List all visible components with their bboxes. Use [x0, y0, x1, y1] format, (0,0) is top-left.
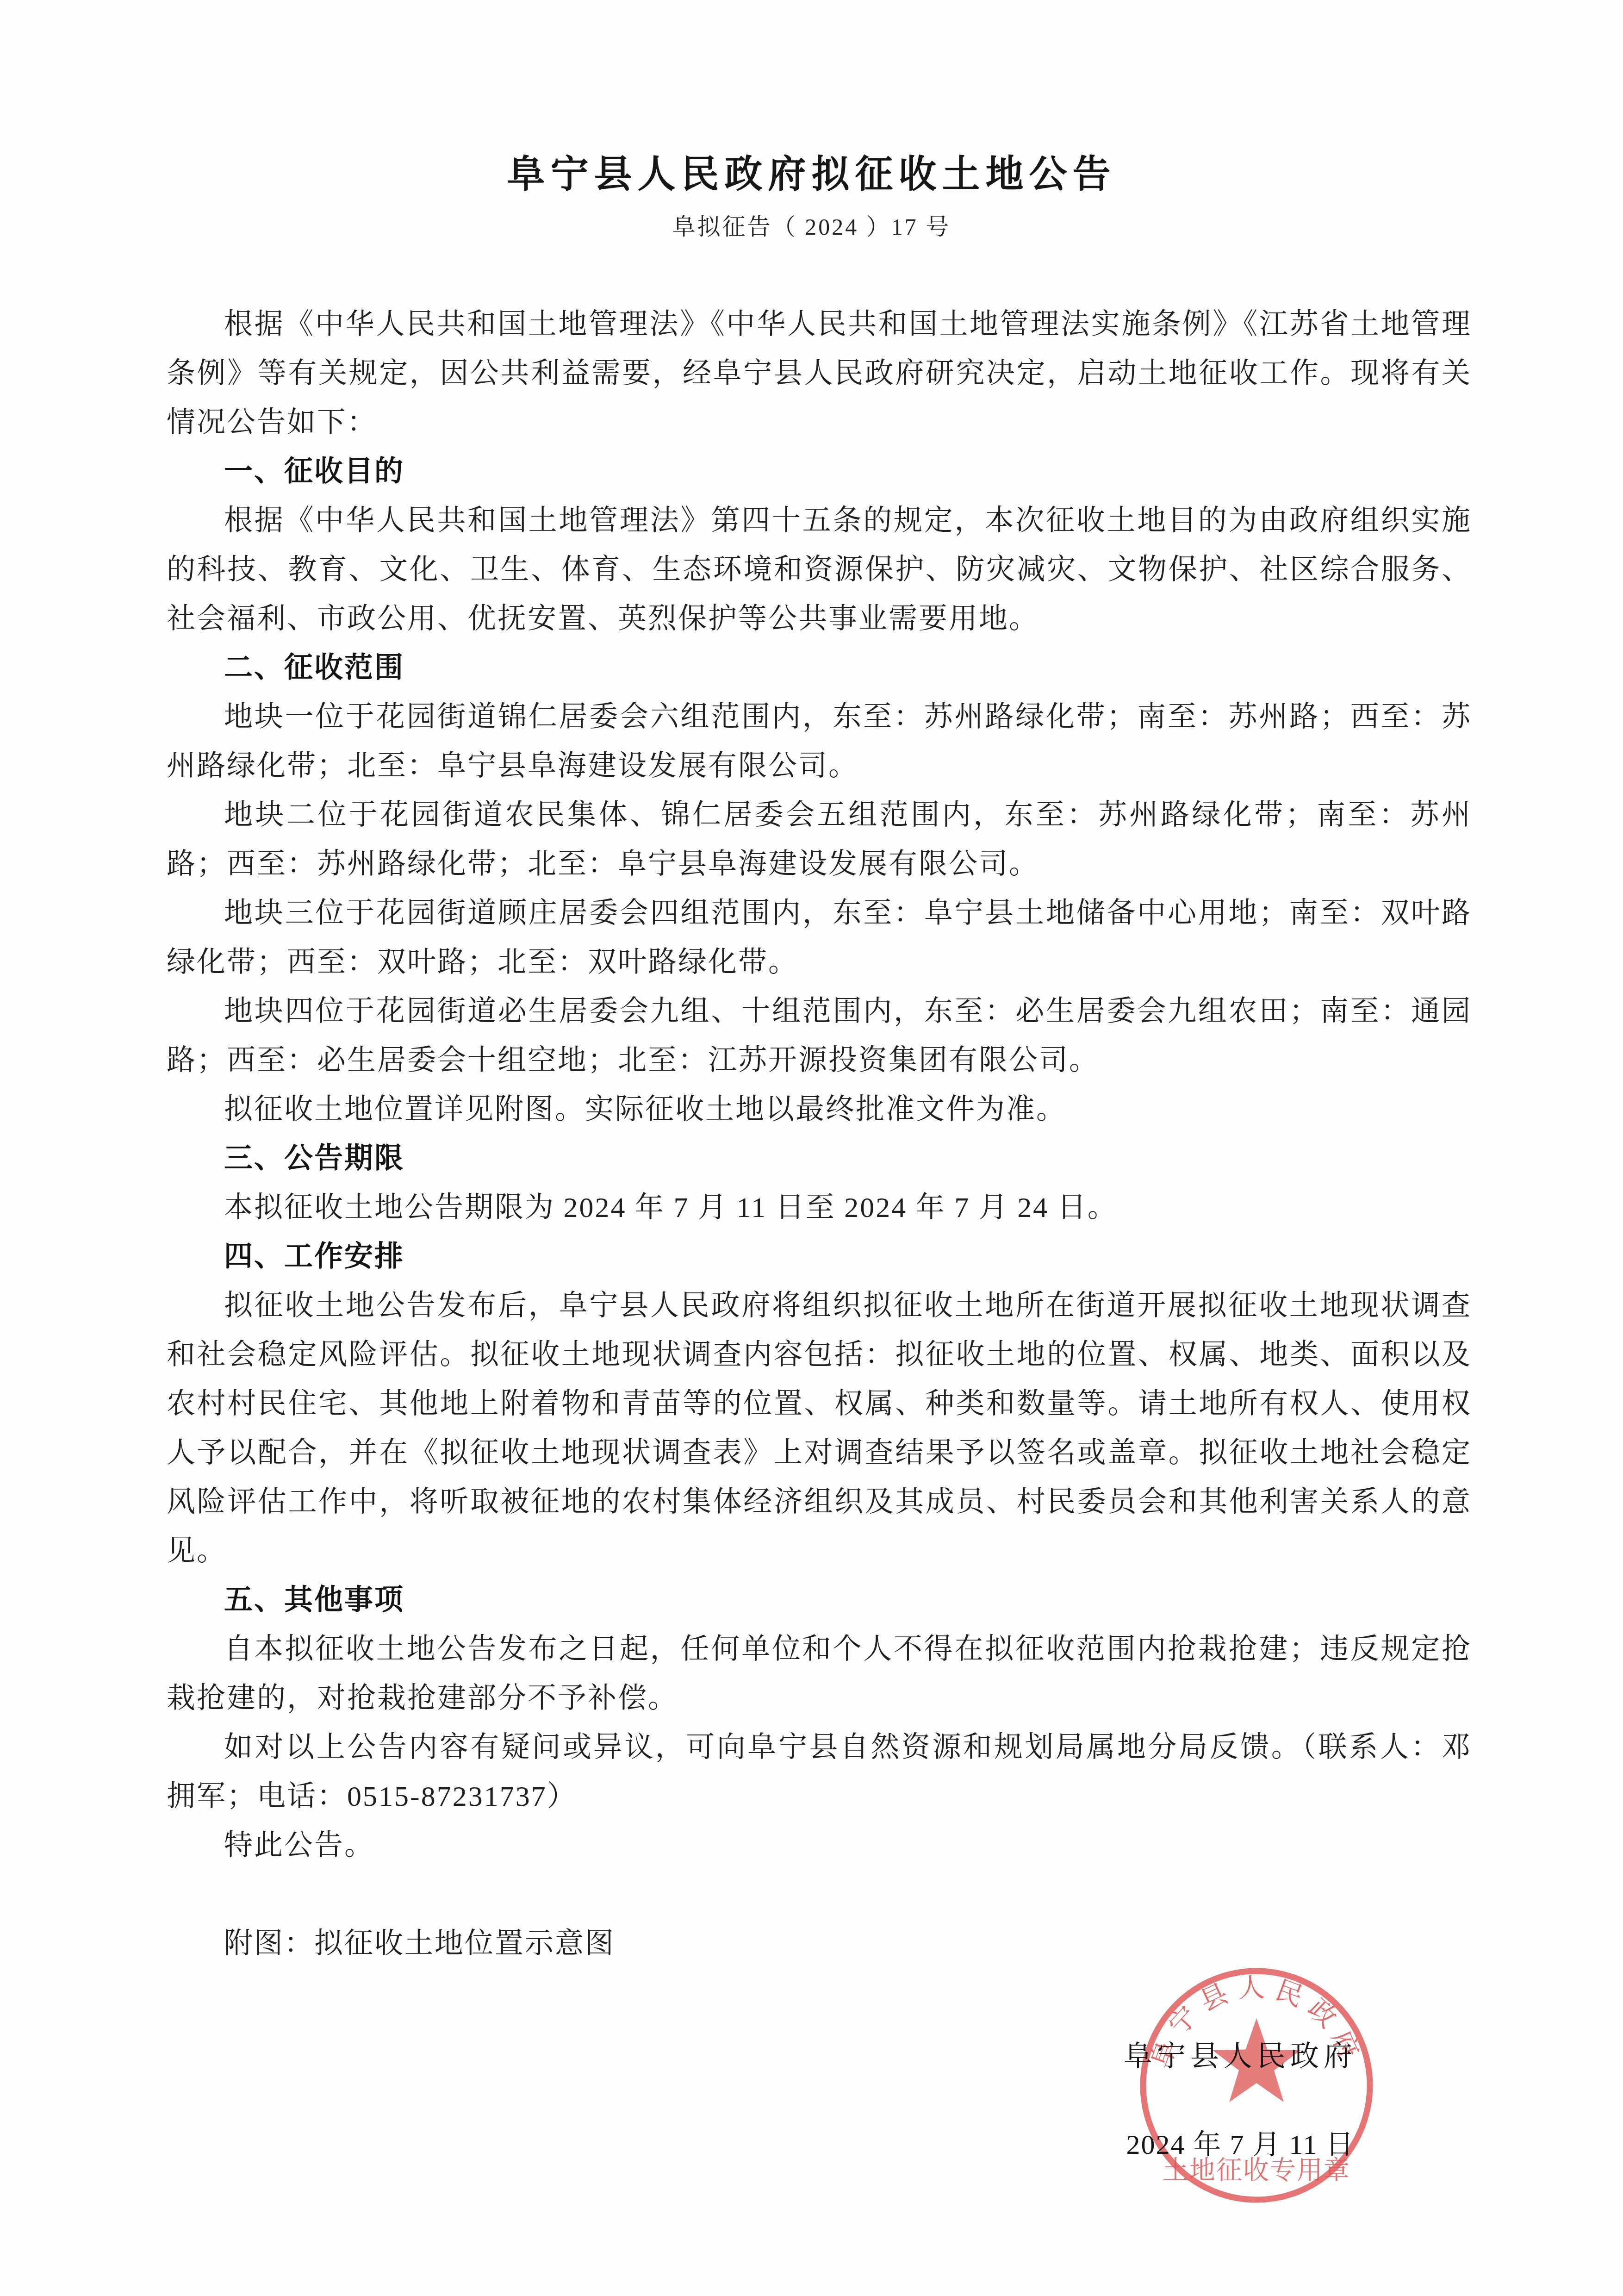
body-paragraph: 根据《中华人民共和国土地管理法》《中华人民共和国土地管理法实施条例》《江苏省土地…: [167, 300, 1472, 447]
document-title: 阜宁县人民政府拟征收土地公告: [0, 153, 1623, 196]
signature-block: 阜宁县人民政府 2024 年 7 月 11 日: [1092, 2032, 1388, 2169]
body-paragraph: 地块四位于花园街道必生居委会九组、十组范围内，东至：必生居委会九组农田；南至：通…: [167, 987, 1472, 1085]
section-heading: 四、工作安排: [167, 1232, 1472, 1281]
signature-date: 2024 年 7 月 11 日: [1092, 2120, 1388, 2169]
body-paragraph: 拟征收土地公告发布后，阜宁县人民政府将组织拟征收土地所在街道开展拟征收土地现状调…: [167, 1281, 1472, 1576]
body-paragraph: 本拟征收土地公告期限为 2024 年 7 月 11 日至 2024 年 7 月 …: [167, 1183, 1472, 1232]
section-heading: 三、公告期限: [167, 1134, 1472, 1183]
signature-agency: 阜宁县人民政府: [1092, 2032, 1388, 2081]
section-heading: 五、其他事项: [167, 1576, 1472, 1625]
document-number: 阜拟征告（ 2024 ）17 号: [0, 212, 1623, 242]
body-paragraph: 如对以上公告内容有疑问或异议，可向阜宁县自然资源和规划局属地分局反馈。（联系人：…: [167, 1723, 1472, 1821]
body-paragraph: 根据《中华人民共和国土地管理法》第四十五条的规定，本次征收土地目的为由政府组织实…: [167, 496, 1472, 643]
body-paragraph: 地块三位于花园街道顾庄居委会四组范围内，东至：阜宁县土地储备中心用地；南至：双叶…: [167, 889, 1472, 987]
body-paragraph: 自本拟征收土地公告发布之日起，任何单位和个人不得在拟征收范围内抢栽抢建；违反规定…: [167, 1625, 1472, 1723]
section-heading: 二、征收范围: [167, 643, 1472, 693]
section-heading: 一、征收目的: [167, 447, 1472, 496]
body-paragraph: 地块二位于花园街道农民集体、锦仁居委会五组范围内，东至：苏州路绿化带；南至：苏州…: [167, 791, 1472, 889]
body-paragraph: 特此公告。: [167, 1821, 1472, 1870]
document-body: 根据《中华人民共和国土地管理法》《中华人民共和国土地管理法实施条例》《江苏省土地…: [167, 300, 1472, 1968]
body-paragraph: 地块一位于花园街道锦仁居委会六组范围内，东至：苏州路绿化带；南至：苏州路；西至：…: [167, 693, 1472, 791]
body-paragraph: 拟征收土地位置详见附图。实际征收土地以最终批准文件为准。: [167, 1085, 1472, 1134]
document-header: 阜宁县人民政府拟征收土地公告 阜拟征告（ 2024 ）17 号: [0, 0, 1623, 242]
document-page: 阜宁县人民政府拟征收土地公告 阜拟征告（ 2024 ）17 号 根据《中华人民共…: [0, 0, 1623, 2296]
body-paragraph: 附图：拟征收土地位置示意图: [167, 1919, 1472, 1968]
